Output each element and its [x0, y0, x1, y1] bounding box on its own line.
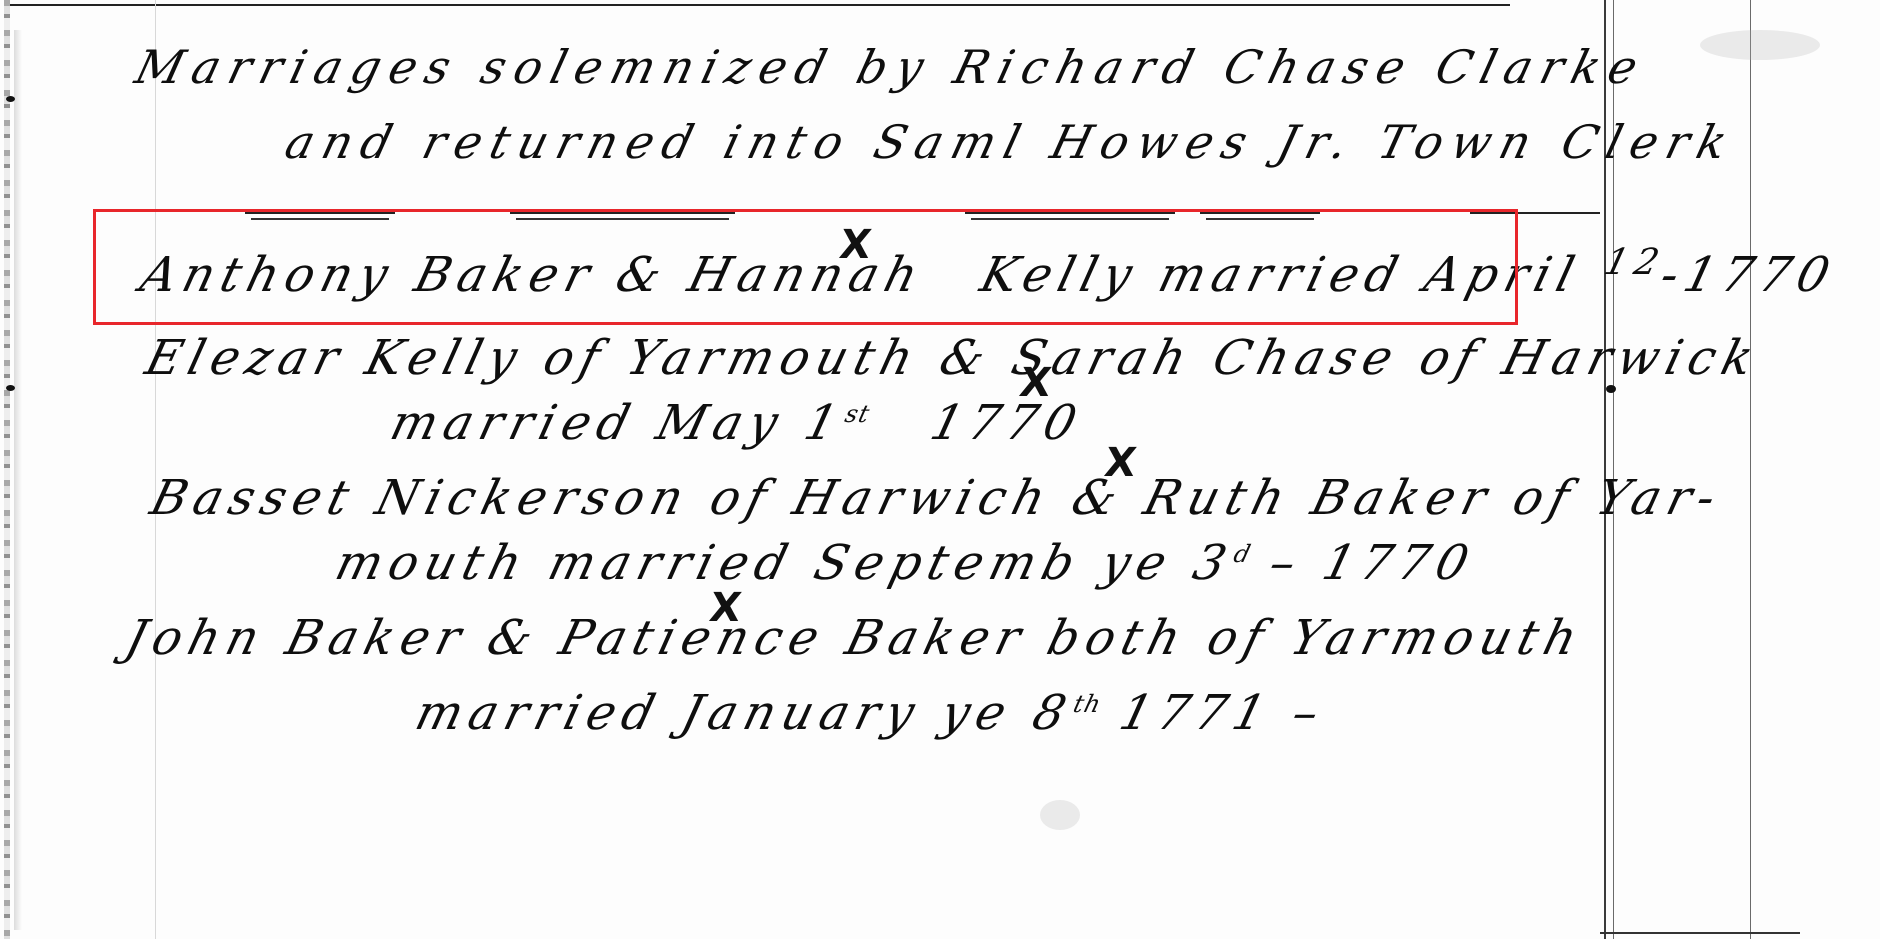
x-mark-icon: X: [1102, 440, 1139, 486]
entry-4-ordinal: th: [1070, 690, 1104, 718]
heading-line-2: and returned into Saml Howes Jr. Town Cl…: [280, 115, 1742, 169]
entry-2-line-2: married May 1st 1770: [385, 395, 1089, 451]
entry-2-line-1: Elezar Kelly of Yarmouth & Sarah Chase o…: [140, 330, 1766, 386]
page-edge-shadow: [14, 30, 22, 930]
entry-2-date-text: married May 1: [385, 395, 850, 451]
entry-2-ordinal: st: [842, 400, 873, 428]
separator-flourish: [1470, 212, 1600, 214]
paper-smudge: [1700, 30, 1820, 60]
entry-4-line-2: married January ye 8th 1771 –: [410, 685, 1331, 741]
heading-line-1: Marriages solemnized by Richard Chase Cl…: [130, 40, 1652, 94]
entry-2-year: 1770: [925, 395, 1089, 451]
page-binding-edge: [4, 0, 10, 939]
entry-3-line-2: mouth married Septemb ye 3d – 1770: [330, 535, 1481, 591]
register-page: Marriages solemnized by Richard Chase Cl…: [0, 0, 1880, 939]
entry-1-year: -1770: [1655, 247, 1842, 303]
x-mark-icon: X: [837, 222, 874, 268]
margin-ink-mark: [6, 96, 15, 102]
margin-ink-mark: [6, 385, 15, 391]
entry-3-line-1: Basset Nickerson of Harwich & Ruth Baker…: [145, 470, 1728, 526]
entry-4-year: 1771 –: [1114, 685, 1331, 741]
entry-4-date-text: married January ye 8: [410, 685, 1079, 741]
separator-flourish: [965, 212, 1175, 214]
separator-flourish: [510, 212, 735, 214]
entry-1-text-2: Kelly married April: [975, 247, 1609, 303]
margin-line: [155, 0, 156, 939]
entry-1-text: Anthony Baker & Hannah: [135, 247, 930, 303]
ink-blot: [1606, 385, 1616, 393]
entry-3-year: – 1770: [1264, 535, 1481, 591]
x-mark-icon: X: [707, 585, 744, 631]
paper-smudge: [1040, 800, 1080, 830]
entry-3-date-text: mouth married Septemb ye 3: [330, 535, 1239, 591]
entry-4-line-1: John Baker & Patience Baker both of Yarm…: [120, 610, 1590, 666]
entry-1-line-1: Anthony Baker & Hannah Kelly married Apr…: [135, 242, 1843, 303]
separator-flourish: [1200, 212, 1320, 214]
column-rule: [1750, 0, 1751, 939]
entry-1-day: 12: [1600, 242, 1670, 283]
bottom-border-line: [1600, 932, 1800, 934]
x-mark-icon: X: [1017, 360, 1054, 406]
top-border-line: [10, 4, 1510, 6]
separator-flourish: [245, 212, 395, 214]
